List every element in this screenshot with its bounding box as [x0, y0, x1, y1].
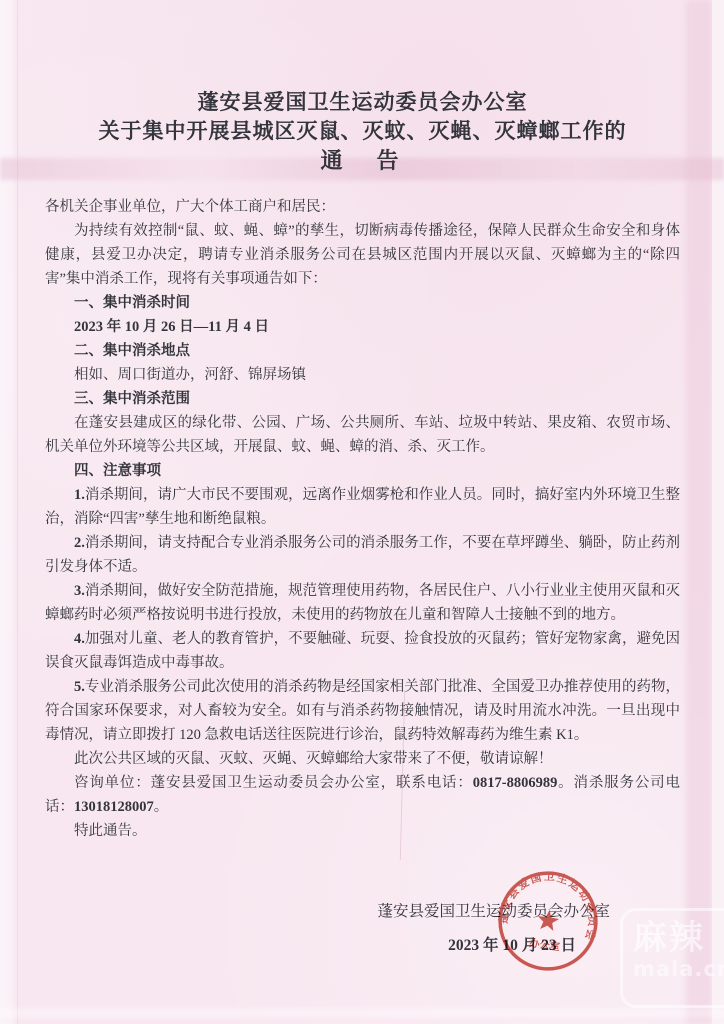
signature-block: 蓬安县爱国卫生运动委员会办公室 2023 年 10 月 23 日 [45, 899, 680, 959]
section-heading-3: 三、集中消杀范围 [45, 387, 680, 411]
title-subject-line: 关于集中开展县城区灭鼠、灭蚊、灭蝇、灭蟑螂工作的 [45, 117, 680, 146]
section-heading-1: 一、集中消杀时间 [45, 291, 680, 315]
salutation-line: 各机关企事业单位，广大个体工商户和居民： [45, 195, 680, 219]
contact-phone-company: 13018128007 [74, 799, 154, 815]
note-text: 加强对儿童、老人的教育管护，不要触碰、玩耍、捡食投放的灭鼠药；管好宠物家禽，避免… [45, 631, 680, 671]
document-content: 蓬安县爱国卫生运动委员会办公室 关于集中开展县城区灭鼠、灭蚊、灭蝇、灭蟑螂工作的… [45, 88, 680, 959]
contact-suffix: 。 [154, 799, 169, 815]
scanned-notice-page: 蓬安县爱国卫生运动委员会办公室 关于集中开展县城区灭鼠、灭蚊、灭蝇、灭蟑螂工作的… [0, 0, 724, 1024]
apology-paragraph: 此次公共区域的灭鼠、灭蚊、灭蝇、灭蟑螂给大家带来了不便，敬请谅解！ [45, 747, 680, 771]
note-text: 消杀期间，请广大市民不要围观，远离作业烟雾枪和作业人员。同时，搞好室内外环境卫生… [45, 487, 680, 527]
note-text: 专业消杀服务公司此次使用的消杀药物是经国家相关部门批准、全国爱卫办推荐使用的药物… [45, 679, 680, 743]
note-item-4: 4.加强对儿童、老人的教育管护，不要触碰、玩耍、捡食投放的灭鼠药；管好宠物家禽，… [45, 627, 680, 675]
note-number: 2. [74, 535, 85, 551]
title-notice-word: 通 告 [45, 146, 680, 176]
note-item-5: 5.专业消杀服务公司此次使用的消杀药物是经国家相关部门批准、全国爱卫办推荐使用的… [45, 675, 680, 747]
killing-time-value: 2023 年 10 月 26 日—11 月 4 日 [45, 315, 680, 339]
note-item-3: 3.消杀期间，做好安全防范措施，规范管理使用药物，各居民住户、八小行业业主使用灭… [45, 579, 680, 627]
note-text: 消杀期间，请支持配合专业消杀服务公司的消杀服务工作，不要在草坪蹲坐、躺卧，防止药… [45, 535, 680, 575]
scan-right-edge-strip [712, 0, 724, 1024]
section-heading-2: 二、集中消杀地点 [45, 339, 680, 363]
note-number: 4. [74, 631, 85, 647]
closing-line: 特此通告。 [45, 819, 680, 843]
contact-phone-office: 0817-8806989 [473, 775, 558, 791]
title-issuer-line: 蓬安县爱国卫生运动委员会办公室 [45, 88, 680, 117]
document-title: 蓬安县爱国卫生运动委员会办公室 关于集中开展县城区灭鼠、灭蚊、灭蝇、灭蟑螂工作的… [45, 88, 680, 176]
section-heading-4: 四、注意事项 [45, 459, 680, 483]
note-text: 消杀期间，做好安全防范措施，规范管理使用药物，各居民住户、八小行业业主使用灭鼠和… [45, 583, 680, 623]
scan-bottom-band [0, 1008, 724, 1018]
note-item-1: 1.消杀期间，请广大市民不要围观，远离作业烟雾枪和作业人员。同时，搞好室内外环境… [45, 483, 680, 531]
note-number: 3. [74, 583, 85, 599]
note-number: 1. [74, 487, 85, 503]
contact-prefix: 咨询单位：蓬安县爱国卫生运动委员会办公室，联系电话： [74, 775, 473, 791]
contact-paragraph: 咨询单位：蓬安县爱国卫生运动委员会办公室，联系电话：0817-8806989。消… [45, 771, 680, 819]
killing-scope-value: 在蓬安县建成区的绿化带、公园、广场、公共厕所、车站、垃圾中转站、果皮箱、农贸市场… [45, 411, 680, 459]
note-item-2: 2.消杀期间，请支持配合专业消杀服务公司的消杀服务工作，不要在草坪蹲坐、躺卧，防… [45, 531, 680, 579]
killing-location-value: 相如、周口街道办，河舒、锦屏场镇 [45, 363, 680, 387]
signature-organization: 蓬安县爱国卫生运动委员会办公室 [45, 899, 680, 925]
intro-paragraph: 为持续有效控制“鼠、蚊、蝇、蟑”的孳生，切断病毒传播途径，保障人民群众生命安全和… [45, 219, 680, 291]
note-number: 5. [74, 679, 85, 695]
signature-date: 2023 年 10 月 23 日 [45, 933, 680, 959]
scan-right-shadow-strip [686, 0, 712, 1024]
document-body: 各机关企事业单位，广大个体工商户和居民： 为持续有效控制“鼠、蚊、蝇、蟑”的孳生… [45, 195, 680, 843]
scan-left-edge-strip [0, 0, 18, 1024]
